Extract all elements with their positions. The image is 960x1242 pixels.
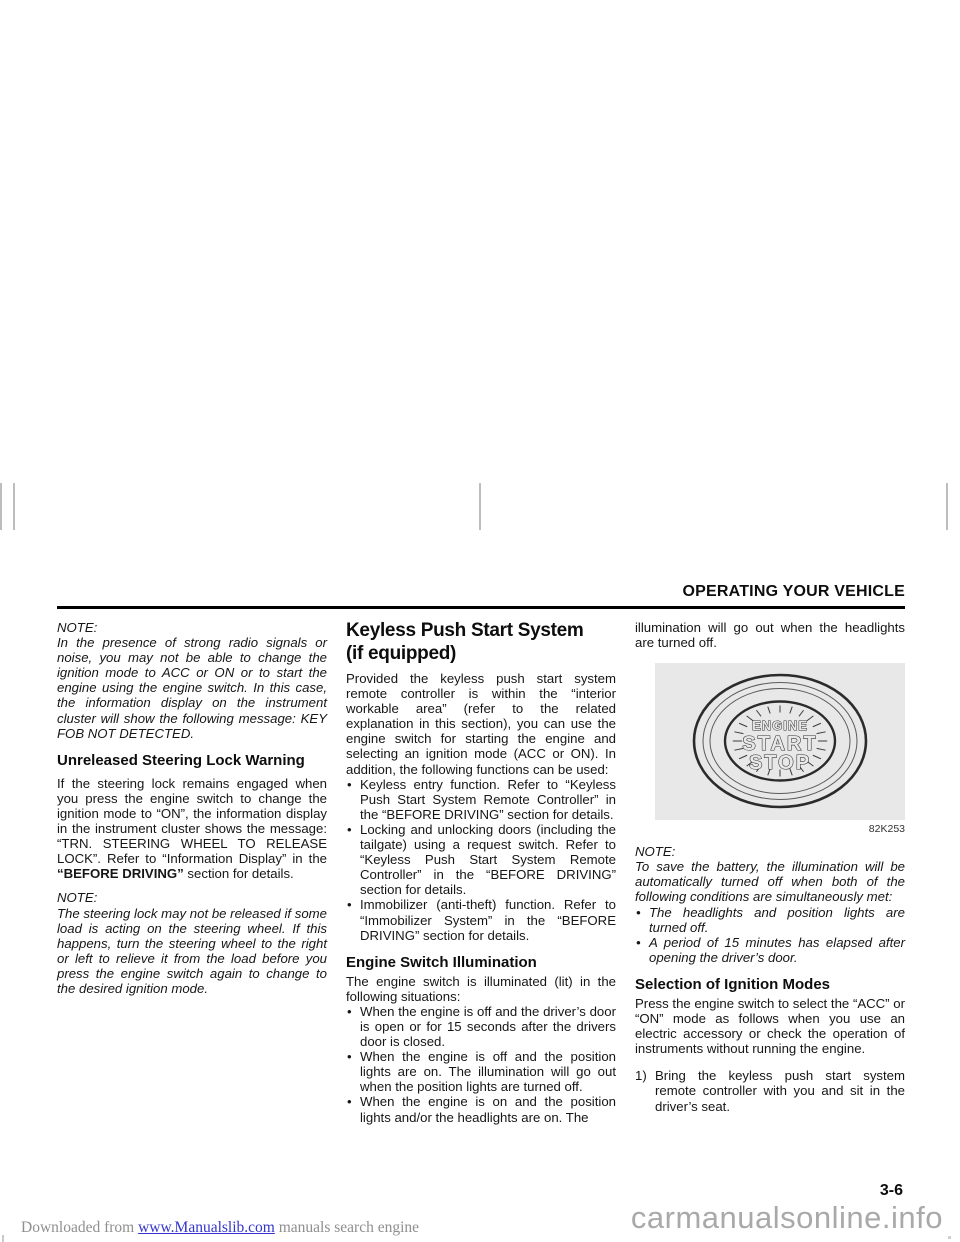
crop-mark-left-outer <box>0 483 2 530</box>
numbered-step: 1) Bring the keyless push start system r… <box>635 1068 905 1113</box>
list-item-text: Immobilizer (anti-theft) function. Refer… <box>360 897 616 942</box>
page-number: 3-6 <box>880 1182 903 1200</box>
note-label: NOTE: <box>57 620 327 635</box>
list-item: • When the engine is on and the position… <box>346 1094 616 1124</box>
bullet-marker: • <box>347 777 352 792</box>
bullet-marker: • <box>636 935 641 950</box>
bullet-marker: • <box>347 1049 352 1064</box>
crop-mark-left-inner <box>13 483 15 530</box>
paragraph: If the steering lock remains engaged whe… <box>57 776 327 882</box>
bullet-marker: • <box>347 822 352 837</box>
downloaded-from-line: Downloaded from www.Manualslib.com manua… <box>21 1219 419 1237</box>
list-item: • Locking and unlocking doors (including… <box>346 822 616 897</box>
bullet-marker: • <box>347 1004 352 1019</box>
paragraph: illumination will go out when the headli… <box>635 620 905 650</box>
page-content: NOTE: In the presence of strong radio si… <box>57 620 905 1125</box>
step-text: Bring the keyless push start system remo… <box>655 1068 905 1113</box>
list-item-text: When the engine is on and the position l… <box>360 1094 616 1124</box>
paragraph: The engine switch is illuminated (lit) i… <box>346 974 616 1004</box>
list-item: • When the engine is off and the positio… <box>346 1049 616 1094</box>
header-rule <box>57 606 905 609</box>
list-item: • The headlights and position lights are… <box>635 905 905 935</box>
column-left: NOTE: In the presence of strong radio si… <box>57 620 327 1125</box>
figure-caption: 82K253 <box>635 823 905 835</box>
column-middle: Keyless Push Start System (if equipped) … <box>346 620 616 1125</box>
list-item-text: A period of 15 minutes has elapsed after… <box>649 935 905 965</box>
engine-start-stop-button-illustration: ENGINE START STOP <box>655 663 905 820</box>
list-item: • A period of 15 minutes has elapsed aft… <box>635 935 905 965</box>
section-heading-engine-switch-illumination: Engine Switch Illumination <box>346 954 616 971</box>
list-item-text: When the engine is off and the driver’s … <box>360 1004 616 1049</box>
list-item: • Immobilizer (anti-theft) function. Ref… <box>346 897 616 942</box>
list-item: • When the engine is off and the driver’… <box>346 1004 616 1049</box>
heading-line: (if equipped) <box>346 643 616 666</box>
bullet-list: • Keyless entry function. Refer to “Keyl… <box>346 777 616 943</box>
note-block: NOTE: The steering lock may not be relea… <box>57 890 327 996</box>
section-heading-keyless-push-start-system: Keyless Push Start System (if equipped) <box>346 620 616 665</box>
list-item-text: The headlights and position lights are t… <box>649 905 905 935</box>
bullet-marker: • <box>347 1094 352 1109</box>
note-text: To save the battery, the illumination wi… <box>635 859 905 904</box>
page-edge-fragment-left <box>2 1235 4 1242</box>
note-block: NOTE: In the presence of strong radio si… <box>57 620 327 741</box>
paragraph-text: section for details. <box>184 866 294 881</box>
downloaded-suffix: manuals search engine <box>275 1219 419 1236</box>
paragraph-text: If the steering lock remains engaged whe… <box>57 776 327 866</box>
engine-label: ENGINE <box>752 718 808 733</box>
paragraph: Provided the keyless push start system r… <box>346 671 616 777</box>
stop-label: STOP <box>749 752 811 774</box>
note-label: NOTE: <box>635 844 905 859</box>
section-heading-unreleased-steering-lock-warning: Unreleased Steering Lock Warning <box>57 752 327 769</box>
column-right: illumination will go out when the headli… <box>635 620 905 1125</box>
note-text: The steering lock may not be released if… <box>57 906 327 997</box>
engine-switch-figure: ENGINE START STOP <box>655 663 905 820</box>
note-text: In the presence of strong radio signals … <box>57 635 327 741</box>
page-header-title: OPERATING YOUR VEHICLE <box>682 583 905 601</box>
downloaded-prefix: Downloaded from <box>21 1219 138 1236</box>
heading-line: Keyless Push Start System <box>346 620 616 643</box>
manualslib-link[interactable]: www.Manualslib.com <box>138 1219 275 1236</box>
bullet-marker: • <box>636 905 641 920</box>
crop-mark-center <box>479 483 481 530</box>
list-item: • Keyless entry function. Refer to “Keyl… <box>346 777 616 822</box>
bold-reference-before-driving: “BEFORE DRIVING” <box>57 866 184 881</box>
list-item-text: Locking and unlocking doors (including t… <box>360 822 616 897</box>
watermark-carmanualsonline: carmanualsonline.info <box>631 1201 943 1235</box>
page-edge-fragment-right <box>948 1236 951 1239</box>
list-item-text: Keyless entry function. Refer to “Keyles… <box>360 777 616 822</box>
note-block: NOTE: To save the battery, the illuminat… <box>635 844 905 965</box>
bullet-list: • When the engine is off and the driver’… <box>346 1004 616 1125</box>
note-label: NOTE: <box>57 890 327 905</box>
step-number: 1) <box>635 1068 647 1083</box>
bullet-marker: • <box>347 897 352 912</box>
list-item-text: When the engine is off and the position … <box>360 1049 616 1094</box>
section-heading-selection-of-ignition-modes: Selection of Ignition Modes <box>635 976 905 993</box>
crop-mark-right <box>946 483 948 530</box>
paragraph: Press the engine switch to select the “A… <box>635 996 905 1056</box>
